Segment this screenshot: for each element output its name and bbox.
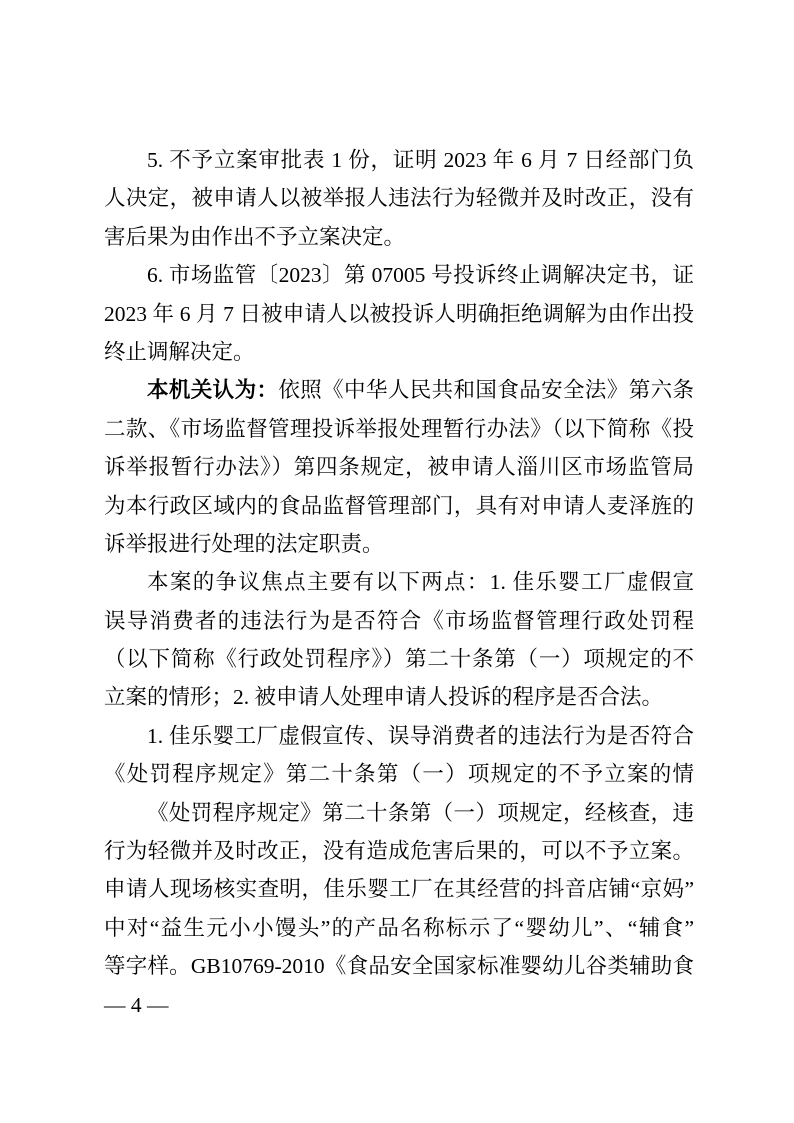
text-line: 诉举报进行处理的法定职责。	[104, 525, 694, 563]
paragraph-authority-opinion: 本机关认为：依照《中华人民共和国食品安全法》第六条第 二款、《市场监督管理投诉举…	[104, 371, 694, 563]
text-line: 《处罚程序规定》第二十条第（一）项规定，经核查，违法	[104, 794, 694, 832]
text-line: 终止调解决定。	[104, 333, 694, 371]
text-line: 等字样。GB10769-2010《食品安全国家标准婴幼儿谷类辅助食品》	[104, 947, 694, 985]
text-line: 为本行政区域内的食品监督管理部门，具有对申请人麦泽旌的投	[104, 487, 694, 525]
paragraph-evidence-5: 5. 不予立案审批表 1 份，证明 2023 年 6 月 7 日经部门负责 人决…	[104, 141, 694, 256]
text-line: 申请人现场核实查明，佳乐婴工厂在其经营的抖音店铺“京妈”	[104, 870, 694, 908]
text-line: 5. 不予立案审批表 1 份，证明 2023 年 6 月 7 日经部门负责	[104, 141, 694, 179]
text-line: 人决定，被申请人以被举报人违法行为轻微并及时改正，没有危	[104, 179, 694, 217]
text-line: 害后果为由作出不予立案决定。	[104, 218, 694, 256]
bold-lead-text: 本机关认为：	[147, 378, 278, 402]
paragraph-evidence-6: 6. 市场监管〔2023〕第 07005 号投诉终止调解决定书，证明 2023 …	[104, 256, 694, 371]
body-text: 5. 不予立案审批表 1 份，证明 2023 年 6 月 7 日经部门负责 人决…	[104, 141, 694, 986]
document-page: 5. 不予立案审批表 1 份，证明 2023 年 6 月 7 日经部门负责 人决…	[0, 0, 794, 1123]
text-line: 本案的争议焦点主要有以下两点：1. 佳乐婴工厂虚假宣传、	[104, 563, 694, 601]
text-line: 2023 年 6 月 7 日被申请人以被投诉人明确拒绝调解为由作出投诉	[104, 295, 694, 333]
text-line: 1. 佳乐婴工厂虚假宣传、误导消费者的违法行为是否符合	[104, 717, 694, 755]
text-line: （以下简称《行政处罚程序》）第二十条第（一）项规定的不予	[104, 640, 694, 678]
text-line: 行为轻微并及时改正，没有造成危害后果的，可以不予立案。被	[104, 832, 694, 870]
text-line: 误导消费者的违法行为是否符合《市场监督管理行政处罚程序》	[104, 602, 694, 640]
text-line: 6. 市场监管〔2023〕第 07005 号投诉终止调解决定书，证明	[104, 256, 694, 294]
page-number-footer: — 4 —	[104, 986, 169, 1024]
text-line: 《处罚程序规定》第二十条第（一）项规定的不予立案的情形。	[104, 755, 694, 793]
text-line: 二款、《市场监督管理投诉举报处理暂行办法》（以下简称《投	[104, 410, 694, 448]
paragraph-rule-analysis: 《处罚程序规定》第二十条第（一）项规定，经核查，违法 行为轻微并及时改正，没有造…	[104, 794, 694, 986]
text-line: 诉举报暂行办法》）第四条规定，被申请人淄川区市场监管局作	[104, 448, 694, 486]
paragraph-issue-1: 1. 佳乐婴工厂虚假宣传、误导消费者的违法行为是否符合 《处罚程序规定》第二十条…	[104, 717, 694, 794]
text-line: 中对“益生元小小馒头”的产品名称标示了“婴幼儿”、“辅食”	[104, 909, 694, 947]
text-line: 本机关认为：依照《中华人民共和国食品安全法》第六条第	[104, 371, 694, 409]
paragraph-dispute-focus: 本案的争议焦点主要有以下两点：1. 佳乐婴工厂虚假宣传、 误导消费者的违法行为是…	[104, 563, 694, 717]
text-line: 立案的情形；2. 被申请人处理申请人投诉的程序是否合法。	[104, 678, 694, 716]
